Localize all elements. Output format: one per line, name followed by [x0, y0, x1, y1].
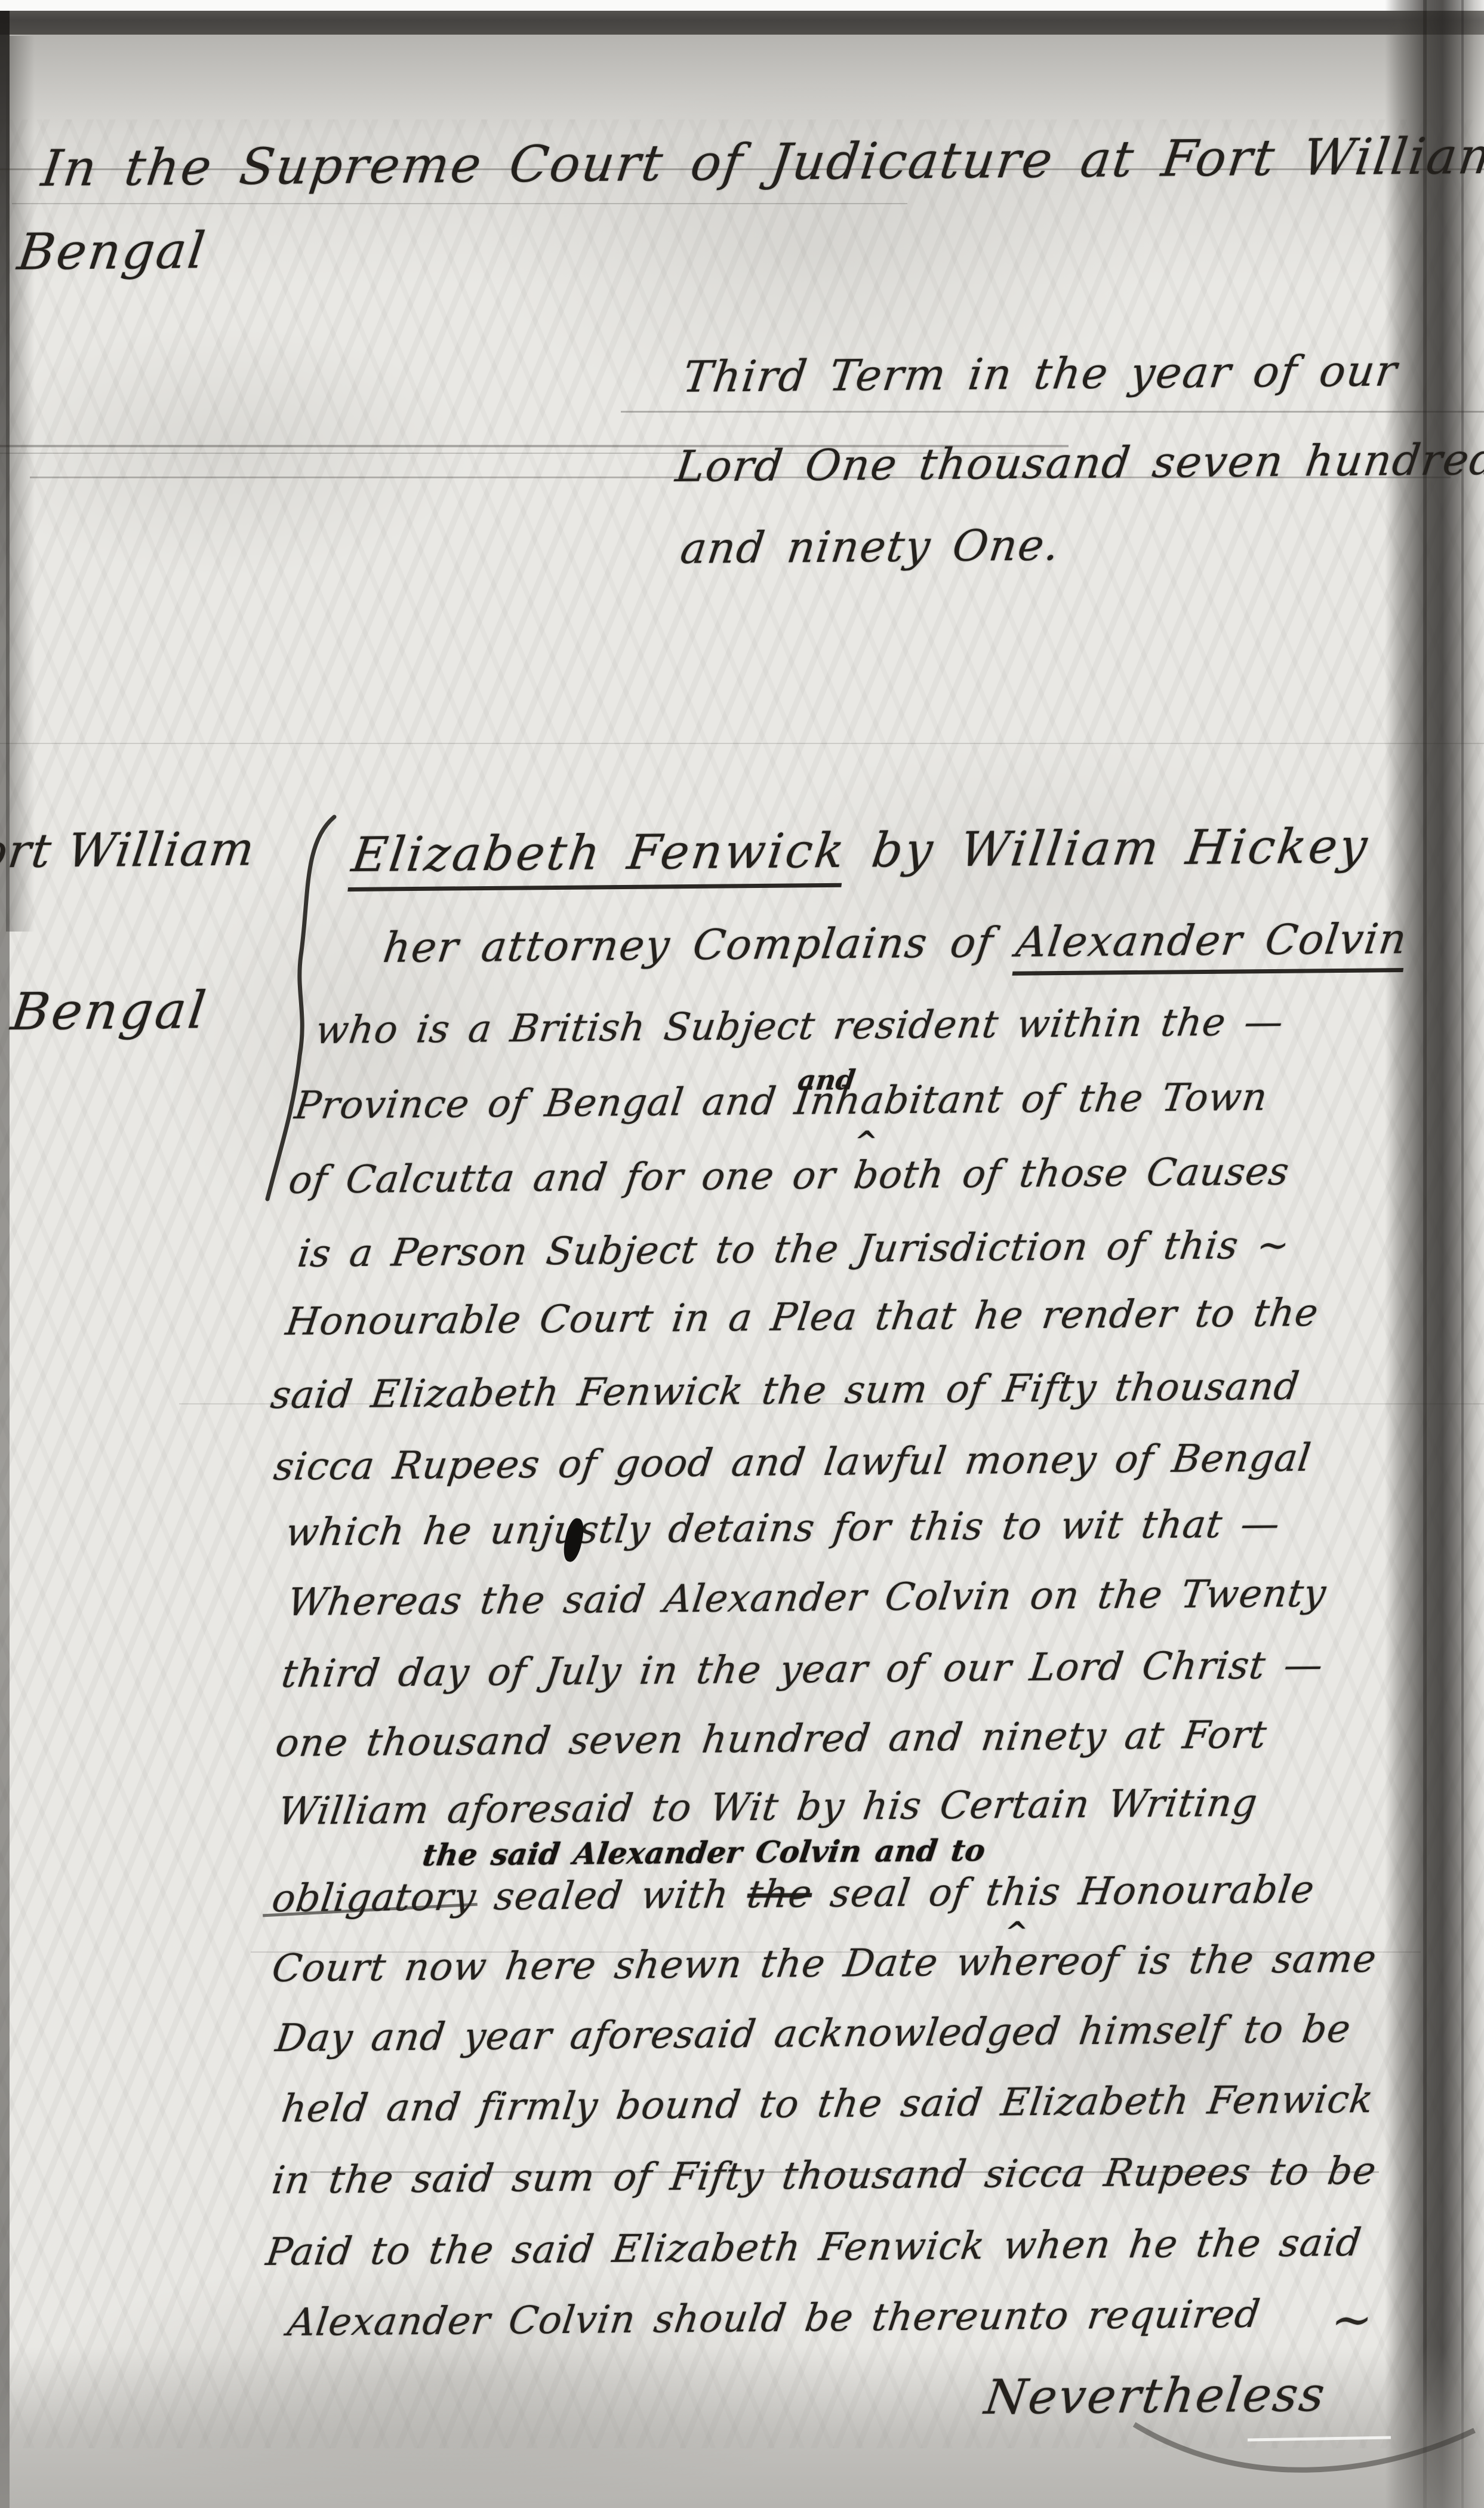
- plaintiff-name: Elizabeth Fenwick: [347, 823, 850, 892]
- scan-streak: [0, 743, 1484, 744]
- left-scan-band: [0, 11, 10, 2508]
- body-line-3: of Calcutta and for one or both of those…: [287, 1152, 1292, 1200]
- body-line-13-post: seal of this Honourable: [809, 1868, 1317, 1916]
- caption-complains-text: her attorney Complains of: [380, 918, 1020, 972]
- body-line-13-pre: obligatory sealed with: [269, 1873, 750, 1921]
- caption-line-2: her attorney Complains of Alexander Colv…: [381, 918, 1410, 969]
- caption-line-1: Elizabeth Fenwick by William Hickey: [349, 822, 1372, 879]
- body-line-10: third day of July in the year of our Lor…: [279, 1646, 1326, 1693]
- page-curl-arc: [1122, 2389, 1484, 2508]
- margin-venue-line-2: Bengal: [8, 985, 211, 1038]
- right-binding-striation: [1423, 0, 1427, 2508]
- body-line-7: sicca Rupees of good and lawful money of…: [272, 1439, 1313, 1486]
- body-line-1: who is a British Subject resident within…: [313, 1003, 1286, 1050]
- left-shadow-wash: [6, 36, 35, 932]
- caption-attorney-text: by William Hickey: [843, 818, 1373, 878]
- right-binding-striation-2: [1461, 0, 1464, 2508]
- body-line-8: which he unjustly detains for this to wi…: [284, 1505, 1282, 1552]
- body-line-18: Paid to the said Elizabeth Fenwick when …: [264, 2224, 1364, 2272]
- body-line-13: obligatory sealed with the seal of this …: [270, 1871, 1317, 1918]
- body-line-16: held and firmly bound to the said Elizab…: [279, 2080, 1376, 2128]
- top-scan-band: [0, 11, 1484, 35]
- court-heading-line-2: Bengal: [15, 225, 210, 277]
- scanned-document-page: In the Supreme Court of Judicature at Fo…: [0, 0, 1484, 2508]
- insertion-caret: ^: [852, 1127, 879, 1155]
- term-line-3: and ninety One.: [678, 523, 1063, 570]
- body-line-6: said Elizabeth Fenwick the sum of Fifty …: [269, 1367, 1302, 1415]
- body-line-11: one thousand seven hundred and ninety at…: [273, 1716, 1269, 1763]
- body-line-17: in the said sum of Fifty thousand sicca …: [270, 2152, 1379, 2200]
- body-line-5: Honourable Court in a Plea that he rende…: [284, 1294, 1320, 1341]
- interlined-word-and: and: [796, 1066, 857, 1094]
- body-line-15: Day and year aforesaid acknowledged hims…: [273, 2010, 1353, 2058]
- body-line-9: Whereas the said Alexander Colvin on the…: [285, 1575, 1329, 1622]
- interlined-correction: the said Alexander Colvin and to: [421, 1836, 987, 1870]
- body-line-4: is a Person Subject to the Jurisdiction …: [295, 1227, 1292, 1273]
- term-line-1: Third Term in the year of our: [681, 349, 1400, 398]
- scan-streak: [12, 203, 907, 204]
- right-binding-shadow: [1385, 0, 1484, 2508]
- body-line-12: William aforesaid to Wit by his Certain …: [276, 1784, 1260, 1831]
- margin-venue-line-1: Fort William: [0, 826, 258, 875]
- court-heading-line-1: In the Supreme Court of Judicature at Fo…: [39, 131, 1484, 193]
- end-flourish: ~: [1328, 2295, 1376, 2345]
- body-line-19: Alexander Colvin should be thereunto req…: [285, 2295, 1263, 2342]
- scan-streak: [621, 411, 1484, 413]
- top-white-edge: [0, 0, 1484, 11]
- struck-word-the: the: [744, 1872, 815, 1917]
- body-line-14: Court now here shewn the Date whereof is…: [270, 1940, 1379, 1988]
- defendant-name: Alexander Colvin: [1012, 914, 1411, 976]
- term-line-2: Lord One thousand seven hundred: [673, 438, 1484, 488]
- body-line-2: Province of Bengal and Inhabitant of the…: [293, 1078, 1270, 1125]
